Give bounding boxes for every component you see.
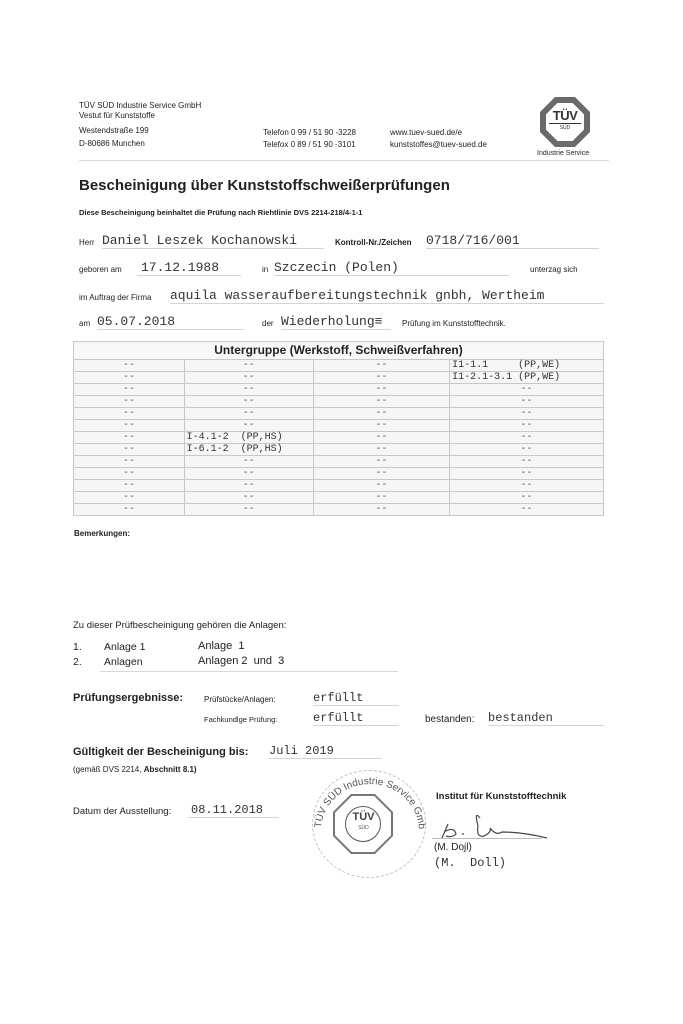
gueltigkeit-note-prefix: (gemäß DVS 2214, <box>73 765 144 774</box>
table-row: -------- <box>74 480 604 492</box>
table-cell: -- <box>450 408 604 420</box>
table-cell: -- <box>313 456 450 468</box>
ergebnisse-label: Prüfungsergebnisse: <box>73 692 183 704</box>
anlage-value-1: Anlage 1 <box>198 640 244 652</box>
table-row: --I-6.1-2 (PP,HS)---- <box>74 444 604 456</box>
table-cell: -- <box>313 492 450 504</box>
email-link[interactable]: kunststoffes@tuev-sued.de <box>390 139 487 151</box>
unterzog-label: unterzag sich <box>530 265 578 274</box>
table-row: ------I1-1.1 (PP,WE) <box>74 360 604 372</box>
website-link[interactable]: www.tuev-sued.de/e <box>390 127 462 139</box>
header-divider <box>79 160 609 161</box>
table-row: -------- <box>74 408 604 420</box>
firma-label: im Auftrag der Firma <box>79 293 151 302</box>
table-cell: -- <box>184 504 313 516</box>
table-cell: -- <box>184 420 313 432</box>
table-cell: -- <box>74 504 185 516</box>
kontroll-field: 0718/716/001 <box>426 233 599 249</box>
table-row: ------I1-2.1-3.1 (PP,WE) <box>74 372 604 384</box>
logo-sub: SÜD <box>549 125 581 131</box>
table-cell: -- <box>450 384 604 396</box>
table-cell: -- <box>450 492 604 504</box>
table-cell: -- <box>74 396 185 408</box>
herr-label: Herr <box>79 238 95 247</box>
anlagen-intro: Zu dieser Prüfbescheinigung gehören die … <box>73 620 286 631</box>
table-cell: -- <box>450 444 604 456</box>
table-cell: -- <box>184 408 313 420</box>
fachkundig-label: Fachkundlge Prüfung: <box>204 715 277 724</box>
table-cell: I1-1.1 (PP,WE) <box>450 360 604 372</box>
signature-line <box>432 838 542 839</box>
table-cell: -- <box>74 372 185 384</box>
fax-number: Telefox 0 89 / 51 90 -3101 <box>263 139 356 151</box>
table-cell: -- <box>74 480 185 492</box>
kontroll-label: Kontroll-Nr./Zeichen <box>335 238 411 247</box>
table-cell: -- <box>184 360 313 372</box>
table-cell: -- <box>74 384 185 396</box>
table-cell: -- <box>74 456 185 468</box>
table-cell: -- <box>450 396 604 408</box>
institute-label: Institut für Kunststofftechnik <box>436 791 566 802</box>
page-title: Bescheinigung über Kunststoffschweißerpr… <box>79 177 450 194</box>
table-cell: -- <box>313 360 450 372</box>
table-row: -------- <box>74 456 604 468</box>
table-row: --I-4.1-2 (PP,HS)---- <box>74 432 604 444</box>
table-cell: -- <box>184 456 313 468</box>
table-cell: -- <box>313 372 450 384</box>
table-cell: -- <box>74 408 185 420</box>
table-cell: I1-2.1-3.1 (PP,WE) <box>450 372 604 384</box>
bestanden-value: bestanden <box>488 711 604 726</box>
table-cell: -- <box>184 468 313 480</box>
table-cell: -- <box>313 408 450 420</box>
anlage-label-1: Anlage 1 <box>104 641 145 653</box>
table-cell: -- <box>184 480 313 492</box>
stamp-ring-text: TÜV SÜD Industrie Service GmbH <box>307 765 431 883</box>
birthdate-field: 17.12.1988 <box>137 260 241 276</box>
page-subtitle: Diese Bescheinigung beinhaltet die Prüfu… <box>79 208 362 217</box>
exam-date-field: 05.07.2018 <box>97 314 244 330</box>
svg-text:TÜV SÜD Industrie Service GmbH: TÜV SÜD Industrie Service GmbH <box>307 765 427 830</box>
table-cell: -- <box>313 420 450 432</box>
table-header: Untergruppe (Werkstoff, Schweißverfahren… <box>74 342 604 360</box>
table-cell: -- <box>74 360 185 372</box>
signatory-typed: (M. Doll) <box>434 856 506 870</box>
logo-caption: Industrie Service <box>537 150 589 157</box>
pruefstuecke-value: erfüllt <box>313 691 399 706</box>
table-row: -------- <box>74 384 604 396</box>
table-cell: -- <box>313 444 450 456</box>
table-cell: -- <box>313 396 450 408</box>
geboren-label: geboren am <box>79 265 122 274</box>
anlage-num-2: 2. <box>73 656 82 668</box>
gueltigkeit-label: Gültigkeit der Bescheinigung bis: <box>73 746 248 758</box>
table-row: -------- <box>74 420 604 432</box>
table-cell: -- <box>450 420 604 432</box>
table-row: -------- <box>74 492 604 504</box>
ausstellung-value: 08.11.2018 <box>188 803 279 818</box>
table-cell: -- <box>313 468 450 480</box>
birthplace-field: Szczecin (Polen) <box>274 260 509 276</box>
company-name: TÜV SÜD Industrie Service GmbH <box>79 101 201 111</box>
gueltigkeit-note: (gemäß DVS 2214, Abschnitt 8.1) <box>73 765 197 774</box>
pruefstuecke-label: Prüfstücke/Anlagen: <box>204 695 276 704</box>
bemerkungen-label: Bemerkungen: <box>74 529 130 538</box>
table-cell: -- <box>313 432 450 444</box>
table-cell: -- <box>450 480 604 492</box>
anlage-num-1: 1. <box>73 641 82 653</box>
table-cell: -- <box>184 396 313 408</box>
exam-type-field: Wiederholung≡ <box>281 314 391 330</box>
table-cell: -- <box>450 456 604 468</box>
table-cell: I-4.1-2 (PP,HS) <box>184 432 313 444</box>
table-cell: -- <box>450 432 604 444</box>
am-label: am <box>79 319 90 328</box>
table-cell: -- <box>313 504 450 516</box>
table-cell: -- <box>74 432 185 444</box>
gueltigkeit-value: Juli 2019 <box>269 744 382 759</box>
table-cell: -- <box>74 420 185 432</box>
table-cell: -- <box>184 492 313 504</box>
gueltigkeit-note-section: Abschnitt 8.1) <box>144 765 197 774</box>
table-row: -------- <box>74 396 604 408</box>
in-label: in <box>262 265 268 274</box>
ausstellung-label: Datum der Ausstellung: <box>73 806 171 817</box>
anlage-label-2: Anlagen <box>104 656 143 668</box>
city-address: D-80686 Munchen <box>79 138 145 150</box>
table-cell: -- <box>74 492 185 504</box>
table-row: -------- <box>74 504 604 516</box>
table-cell: -- <box>184 372 313 384</box>
table-cell: -- <box>184 384 313 396</box>
logo-mark: TÜV <box>549 108 581 124</box>
phone-number: Telefon 0 99 / 51 90 -3228 <box>263 127 356 139</box>
signatory-printed: (M. Dojl) <box>434 842 472 853</box>
table-cell: -- <box>313 384 450 396</box>
bestanden-label: bestanden: <box>425 714 475 725</box>
table-cell: -- <box>313 480 450 492</box>
name-field: Daniel Leszek Kochanowski <box>102 233 324 249</box>
table-cell: -- <box>450 468 604 480</box>
anlagen-underline <box>100 671 398 672</box>
fachkundig-value: erfüllt <box>313 711 399 726</box>
firma-field: aquila wasseraufbereitungstechnik gnbh, … <box>170 288 604 304</box>
table-cell: -- <box>450 504 604 516</box>
table-cell: -- <box>74 468 185 480</box>
pruefung-text: Prüfung im Kunststofftechnik. <box>402 319 506 328</box>
der-label: der <box>262 319 274 328</box>
department-name: Vestut für Kunststoffe <box>79 111 155 121</box>
untergruppe-table: Untergruppe (Werkstoff, Schweißverfahren… <box>73 341 604 516</box>
table-cell: I-6.1-2 (PP,HS) <box>184 444 313 456</box>
anlage-value-2: Anlagen 2 und 3 <box>198 655 284 667</box>
table-row: -------- <box>74 468 604 480</box>
street-address: Westendstraße 199 <box>79 125 149 137</box>
table-cell: -- <box>74 444 185 456</box>
